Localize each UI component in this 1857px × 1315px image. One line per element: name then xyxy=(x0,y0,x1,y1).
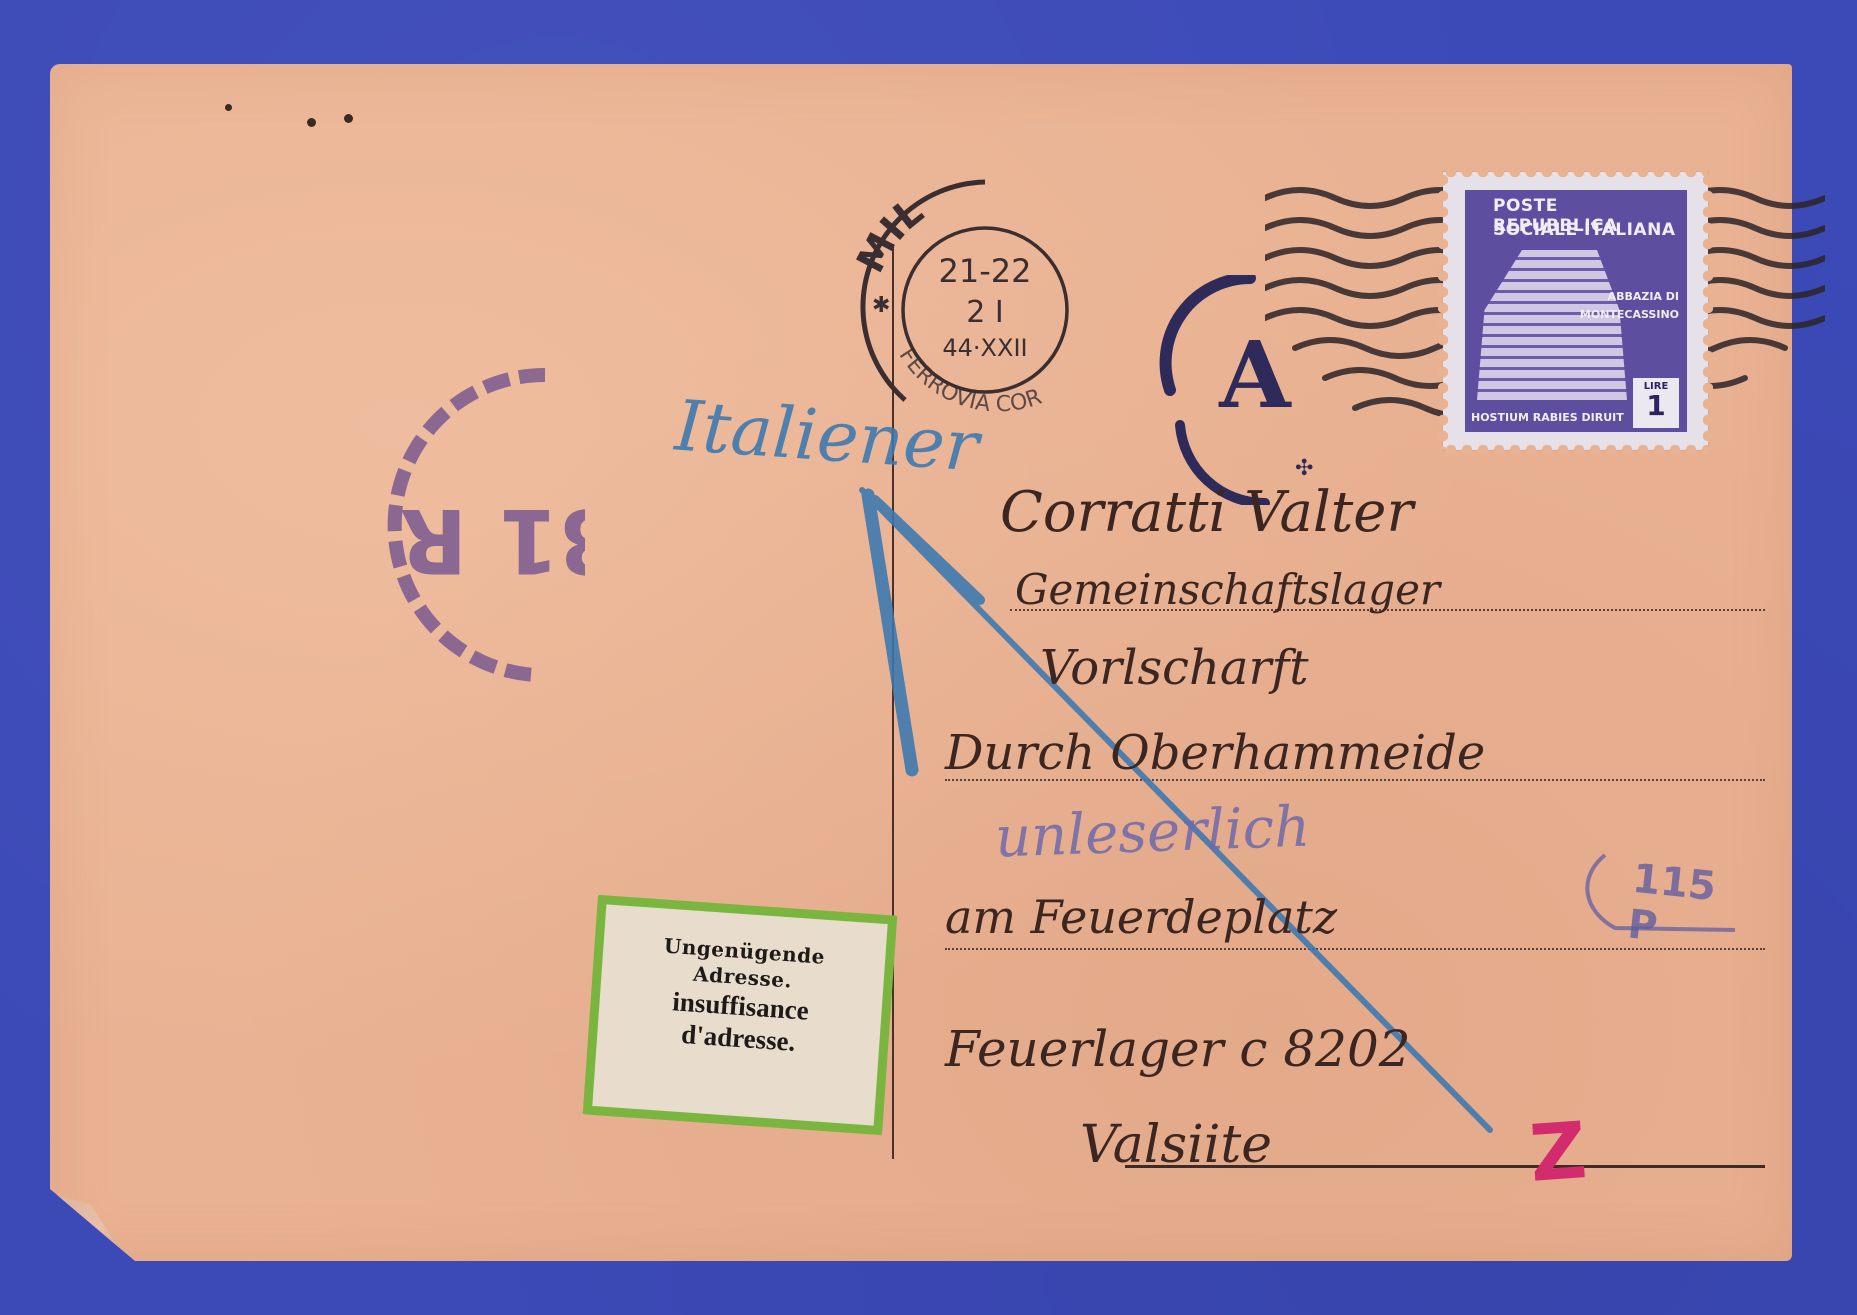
address-line-name: Corratti Valter xyxy=(1000,480,1413,545)
address-line-city: Valsiite xyxy=(1080,1115,1272,1175)
address-line-4: Durch Oberhammeide xyxy=(945,725,1485,781)
censor-81r-mark: 81 R xyxy=(385,345,585,685)
address-line-6: Feuerlager c 8202 xyxy=(945,1020,1411,1078)
blue-pencil-note-unleserlich: unleserlich xyxy=(994,795,1311,871)
stamp-subject-line1: ABBAZIA DI xyxy=(1608,290,1679,303)
boxed-handstamp: 115 P xyxy=(1585,840,1755,935)
postage-stamp: POSTE REPUBBLICA SOCIALE ITALIANA ABBAZI… xyxy=(1443,172,1708,450)
censor-a-mark: A ✣ xyxy=(1155,275,1330,505)
svg-text:44·XXII: 44·XXII xyxy=(942,334,1027,362)
address-line-3: Vorlscharft xyxy=(1040,640,1309,696)
address-line-5: am Feuerdeplatz xyxy=(945,890,1337,944)
stamp-value-box: LIRE 1 xyxy=(1633,378,1679,428)
stamp-subject-line2: MONTECASSINO xyxy=(1580,308,1679,321)
ink-dot xyxy=(225,104,232,111)
magenta-z-mark: Z xyxy=(1527,1106,1590,1200)
stamp-title-line2: SOCIALE ITALIANA xyxy=(1493,220,1675,240)
svg-text:21-22: 21-22 xyxy=(939,252,1032,290)
svg-text:2 I: 2 I xyxy=(966,295,1003,330)
ink-dot xyxy=(344,114,353,123)
insufficient-address-label: Ungenügende Adresse. insuffisance d'adre… xyxy=(583,895,898,1135)
stamp-motto: HOSTIUM RABIES DIRUIT xyxy=(1471,411,1624,424)
address-line-camp: Gemeinschaftslager xyxy=(1015,565,1440,614)
abbey-illustration xyxy=(1477,250,1627,400)
svg-text:A: A xyxy=(1218,321,1292,429)
ink-dot xyxy=(307,118,316,127)
svg-text:81 R: 81 R xyxy=(400,489,585,592)
stamp-value: 1 xyxy=(1633,392,1679,420)
svg-text:✱: ✱ xyxy=(872,293,890,318)
svg-text:✣: ✣ xyxy=(1295,456,1313,481)
